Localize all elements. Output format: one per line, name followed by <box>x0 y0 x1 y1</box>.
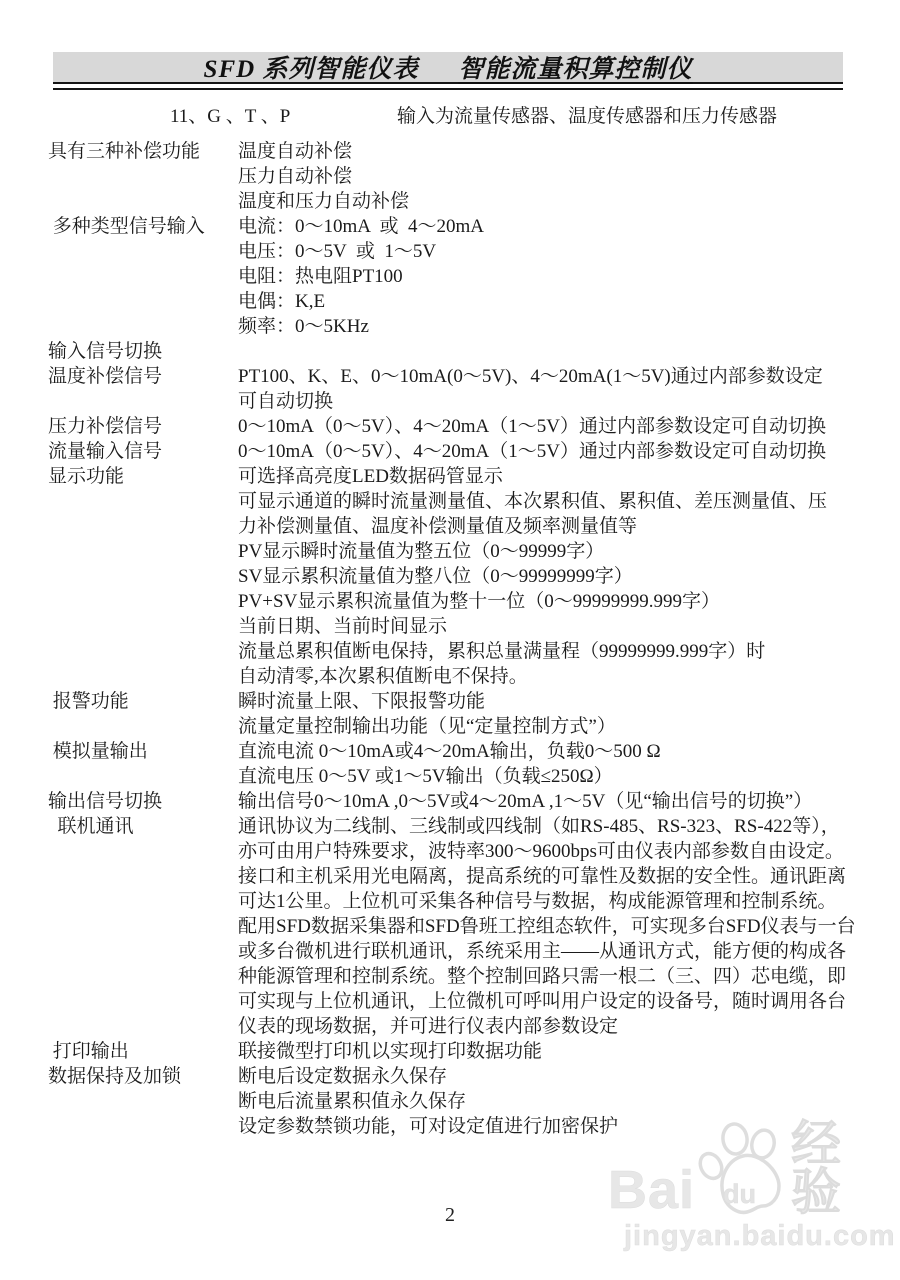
spec-value-line: 或多台微机进行联机通讯，系统采用主——从通讯方式，能方便的构成各 <box>238 939 868 964</box>
spec-values: 电流：0～10mA 或 4～20mA电压：0～5V 或 1～5V电阻：热电阻PT… <box>238 214 868 339</box>
spec-row: 联机通讯 通讯协议为二线制、三线制或四线制（如RS-485、RS-323、RS-… <box>48 814 868 1039</box>
spec-values: 温度自动补偿压力自动补偿温度和压力自动补偿 <box>238 139 868 214</box>
spec-value-line: 输出信号0～10mA ,0～5V或4～20mA ,1～5V（见“输出信号的切换”… <box>238 789 868 814</box>
page-number: 2 <box>0 1204 900 1227</box>
spec-values: 通讯协议为二线制、三线制或四线制（如RS-485、RS-323、RS-422等）… <box>238 814 868 1039</box>
spec-row: 显示功能 可选择高亮度LED数据码管显示可显示通道的瞬时流量测量值、本次累积值、… <box>48 464 868 689</box>
spec-value-line: SV显示累积流量值为整八位（0～99999999字） <box>238 564 868 589</box>
spec-value-line: PV+SV显示累积流量值为整十一位（0～99999999.999字） <box>238 589 868 614</box>
spec-label: 报警功能 <box>48 689 238 714</box>
spec-value-line: 力补偿测量值、温度补偿测量值及频率测量值等 <box>238 514 868 539</box>
spec-value-line: 断电后设定数据永久保存 <box>238 1064 868 1089</box>
spec-value-line: 断电后流量累积值永久保存 <box>238 1089 868 1114</box>
spec-value-line: 电阻：热电阻PT100 <box>238 264 868 289</box>
spec-value-line: 自动清零,本次累积值断电不保持。 <box>238 664 868 689</box>
spec-label: 输入信号切换 <box>48 339 238 364</box>
spec-value-line: 可达1公里。上位机可采集各种信号与数据，构成能源管理和控制系统。 <box>238 889 868 914</box>
spec-value-line: 当前日期、当前时间显示 <box>238 614 868 639</box>
spec-value-line: 接口和主机采用光电隔离，提高系统的可靠性及数据的安全性。通讯距离 <box>238 864 868 889</box>
spec-value-line: 配用SFD数据采集器和SFD鲁班工控组态软件，可实现多台SFD仪表与一台 <box>238 914 868 939</box>
spec-value-line: 流量总累积值断电保持，累积总量满量程（99999999.999字）时 <box>238 639 868 664</box>
spec-values: 0～10mA（0～5V）、4～20mA（1～5V）通过内部参数设定可自动切换 <box>238 414 868 439</box>
spec-values <box>238 339 868 364</box>
spec-values: 可选择高亮度LED数据码管显示可显示通道的瞬时流量测量值、本次累积值、累积值、差… <box>238 464 868 689</box>
spec-value-line: 可实现与上位机通讯，上位微机可呼叫用户设定的设备号，随时调用各台 <box>238 989 868 1014</box>
spec-value-line: PV显示瞬时流量值为整五位（0～99999字） <box>238 539 868 564</box>
spec-label: 具有三种补偿功能 <box>48 139 238 164</box>
spec-value-line: 压力自动补偿 <box>238 164 868 189</box>
spec-value-line: 可选择高亮度LED数据码管显示 <box>238 464 868 489</box>
spec-value-line: 亦可由用户特殊要求，波特率300～9600bps可由仪表内部参数自由设定。 <box>238 839 868 864</box>
header-divider-line <box>53 88 843 90</box>
spec-value-line: 设定参数禁锁功能，可对设定值进行加密保护 <box>238 1114 868 1139</box>
spec-values: 瞬时流量上限、下限报警功能流量定量控制输出功能（见“定量控制方式”） <box>238 689 868 739</box>
document-page: SFD 系列智能仪表 智能流量积算控制仪 11、G 、T 、P 输入为流量传感器… <box>0 0 900 1280</box>
spec-row: 报警功能 瞬时流量上限、下限报警功能流量定量控制输出功能（见“定量控制方式”） <box>48 689 868 739</box>
header-series-title: SFD 系列智能仪表 <box>204 49 419 85</box>
spec-value-line: 种能源管理和控制系统。整个控制回路只需一根二（三、四）芯电缆，即 <box>238 964 868 989</box>
model-description: 输入为流量传感器、温度传感器和压力传感器 <box>397 101 777 128</box>
spec-label: 联机通讯 <box>48 814 238 839</box>
spec-label: 多种类型信号输入 <box>48 214 238 239</box>
spec-row: 压力补偿信号 0～10mA（0～5V）、4～20mA（1～5V）通过内部参数设定… <box>48 414 868 439</box>
spec-values: 输出信号0～10mA ,0～5V或4～20mA ,1～5V（见“输出信号的切换”… <box>238 789 868 814</box>
spec-value-line: 电偶：K,E <box>238 289 868 314</box>
spec-value-line: 流量定量控制输出功能（见“定量控制方式”） <box>238 714 868 739</box>
spec-label: 打印输出 <box>48 1039 238 1064</box>
spec-value-line: 瞬时流量上限、下限报警功能 <box>238 689 868 714</box>
spec-row: 输出信号切换 输出信号0～10mA ,0～5V或4～20mA ,1～5V（见“输… <box>48 789 868 814</box>
spec-row: 多种类型信号输入 电流：0～10mA 或 4～20mA电压：0～5V 或 1～5… <box>48 214 868 339</box>
model-code: 11、G 、T 、P <box>170 101 290 128</box>
spec-label: 温度补偿信号 <box>48 364 238 389</box>
spec-value-line: 仪表的现场数据，并可进行仪表内部参数设定 <box>238 1014 868 1039</box>
spec-row: 打印输出 联接微型打印机以实现打印数据功能 <box>48 1039 868 1064</box>
spec-value-line: 温度和压力自动补偿 <box>238 189 868 214</box>
spec-label: 输出信号切换 <box>48 789 238 814</box>
baidu-jingyan-watermark: Bai du 经验 jingyan.baidu.com <box>608 1150 888 1253</box>
spec-value-line: 联接微型打印机以实现打印数据功能 <box>238 1039 868 1064</box>
spec-row: 数据保持及加锁 断电后设定数据永久保存断电后流量累积值永久保存设定参数禁锁功能，… <box>48 1064 868 1139</box>
spec-row: 温度补偿信号 PT100、K、E、0～10mA(0～5V)、4～20mA(1～5… <box>48 364 868 414</box>
model-line: 11、G 、T 、P 输入为流量传感器、温度传感器和压力传感器 <box>0 101 900 126</box>
spec-value-line: 频率：0～5KHz <box>238 314 868 339</box>
spec-value-line: 电流：0～10mA 或 4～20mA <box>238 214 868 239</box>
spec-label: 模拟量输出 <box>48 739 238 764</box>
spec-value-line: 可自动切换 <box>238 389 868 414</box>
spec-values: 0～10mA（0～5V）、4～20mA（1～5V）通过内部参数设定可自动切换 <box>238 439 868 464</box>
spec-value-line: 直流电流 0～10mA或4～20mA输出，负载0～500 Ω <box>238 739 868 764</box>
spec-label: 数据保持及加锁 <box>48 1064 238 1089</box>
spec-value-line: 0～10mA（0～5V）、4～20mA（1～5V）通过内部参数设定可自动切换 <box>238 439 868 464</box>
spec-list: 具有三种补偿功能 温度自动补偿压力自动补偿温度和压力自动补偿 多种类型信号输入 … <box>48 139 868 1139</box>
page-header-band: SFD 系列智能仪表 智能流量积算控制仪 <box>53 52 843 84</box>
spec-label: 显示功能 <box>48 464 238 489</box>
spec-value-line: 通讯协议为二线制、三线制或四线制（如RS-485、RS-323、RS-422等）… <box>238 814 868 839</box>
spec-value-line: 可显示通道的瞬时流量测量值、本次累积值、累积值、差压测量值、压 <box>238 489 868 514</box>
spec-value-line: 直流电压 0～5V 或1～5V输出（负载≤250Ω） <box>238 764 868 789</box>
spec-label: 流量输入信号 <box>48 439 238 464</box>
spec-row: 具有三种补偿功能 温度自动补偿压力自动补偿温度和压力自动补偿 <box>48 139 868 214</box>
spec-values: 断电后设定数据永久保存断电后流量累积值永久保存设定参数禁锁功能，可对设定值进行加… <box>238 1064 868 1139</box>
spec-value-line: 电压：0～5V 或 1～5V <box>238 239 868 264</box>
spec-label: 压力补偿信号 <box>48 414 238 439</box>
spec-value-line: 0～10mA（0～5V）、4～20mA（1～5V）通过内部参数设定可自动切换 <box>238 414 868 439</box>
spec-value-line: PT100、K、E、0～10mA(0～5V)、4～20mA(1～5V)通过内部参… <box>238 364 868 389</box>
spec-values: 直流电流 0～10mA或4～20mA输出，负载0～500 Ω直流电压 0～5V … <box>238 739 868 789</box>
spec-values: 联接微型打印机以实现打印数据功能 <box>238 1039 868 1064</box>
header-product-title: 智能流量积算控制仪 <box>458 49 692 85</box>
spec-row: 输入信号切换 <box>48 339 868 364</box>
spec-row: 模拟量输出 直流电流 0～10mA或4～20mA输出，负载0～500 Ω直流电压… <box>48 739 868 789</box>
spec-values: PT100、K、E、0～10mA(0～5V)、4～20mA(1～5V)通过内部参… <box>238 364 868 414</box>
spec-row: 流量输入信号 0～10mA（0～5V）、4～20mA（1～5V）通过内部参数设定… <box>48 439 868 464</box>
spec-value-line: 温度自动补偿 <box>238 139 868 164</box>
